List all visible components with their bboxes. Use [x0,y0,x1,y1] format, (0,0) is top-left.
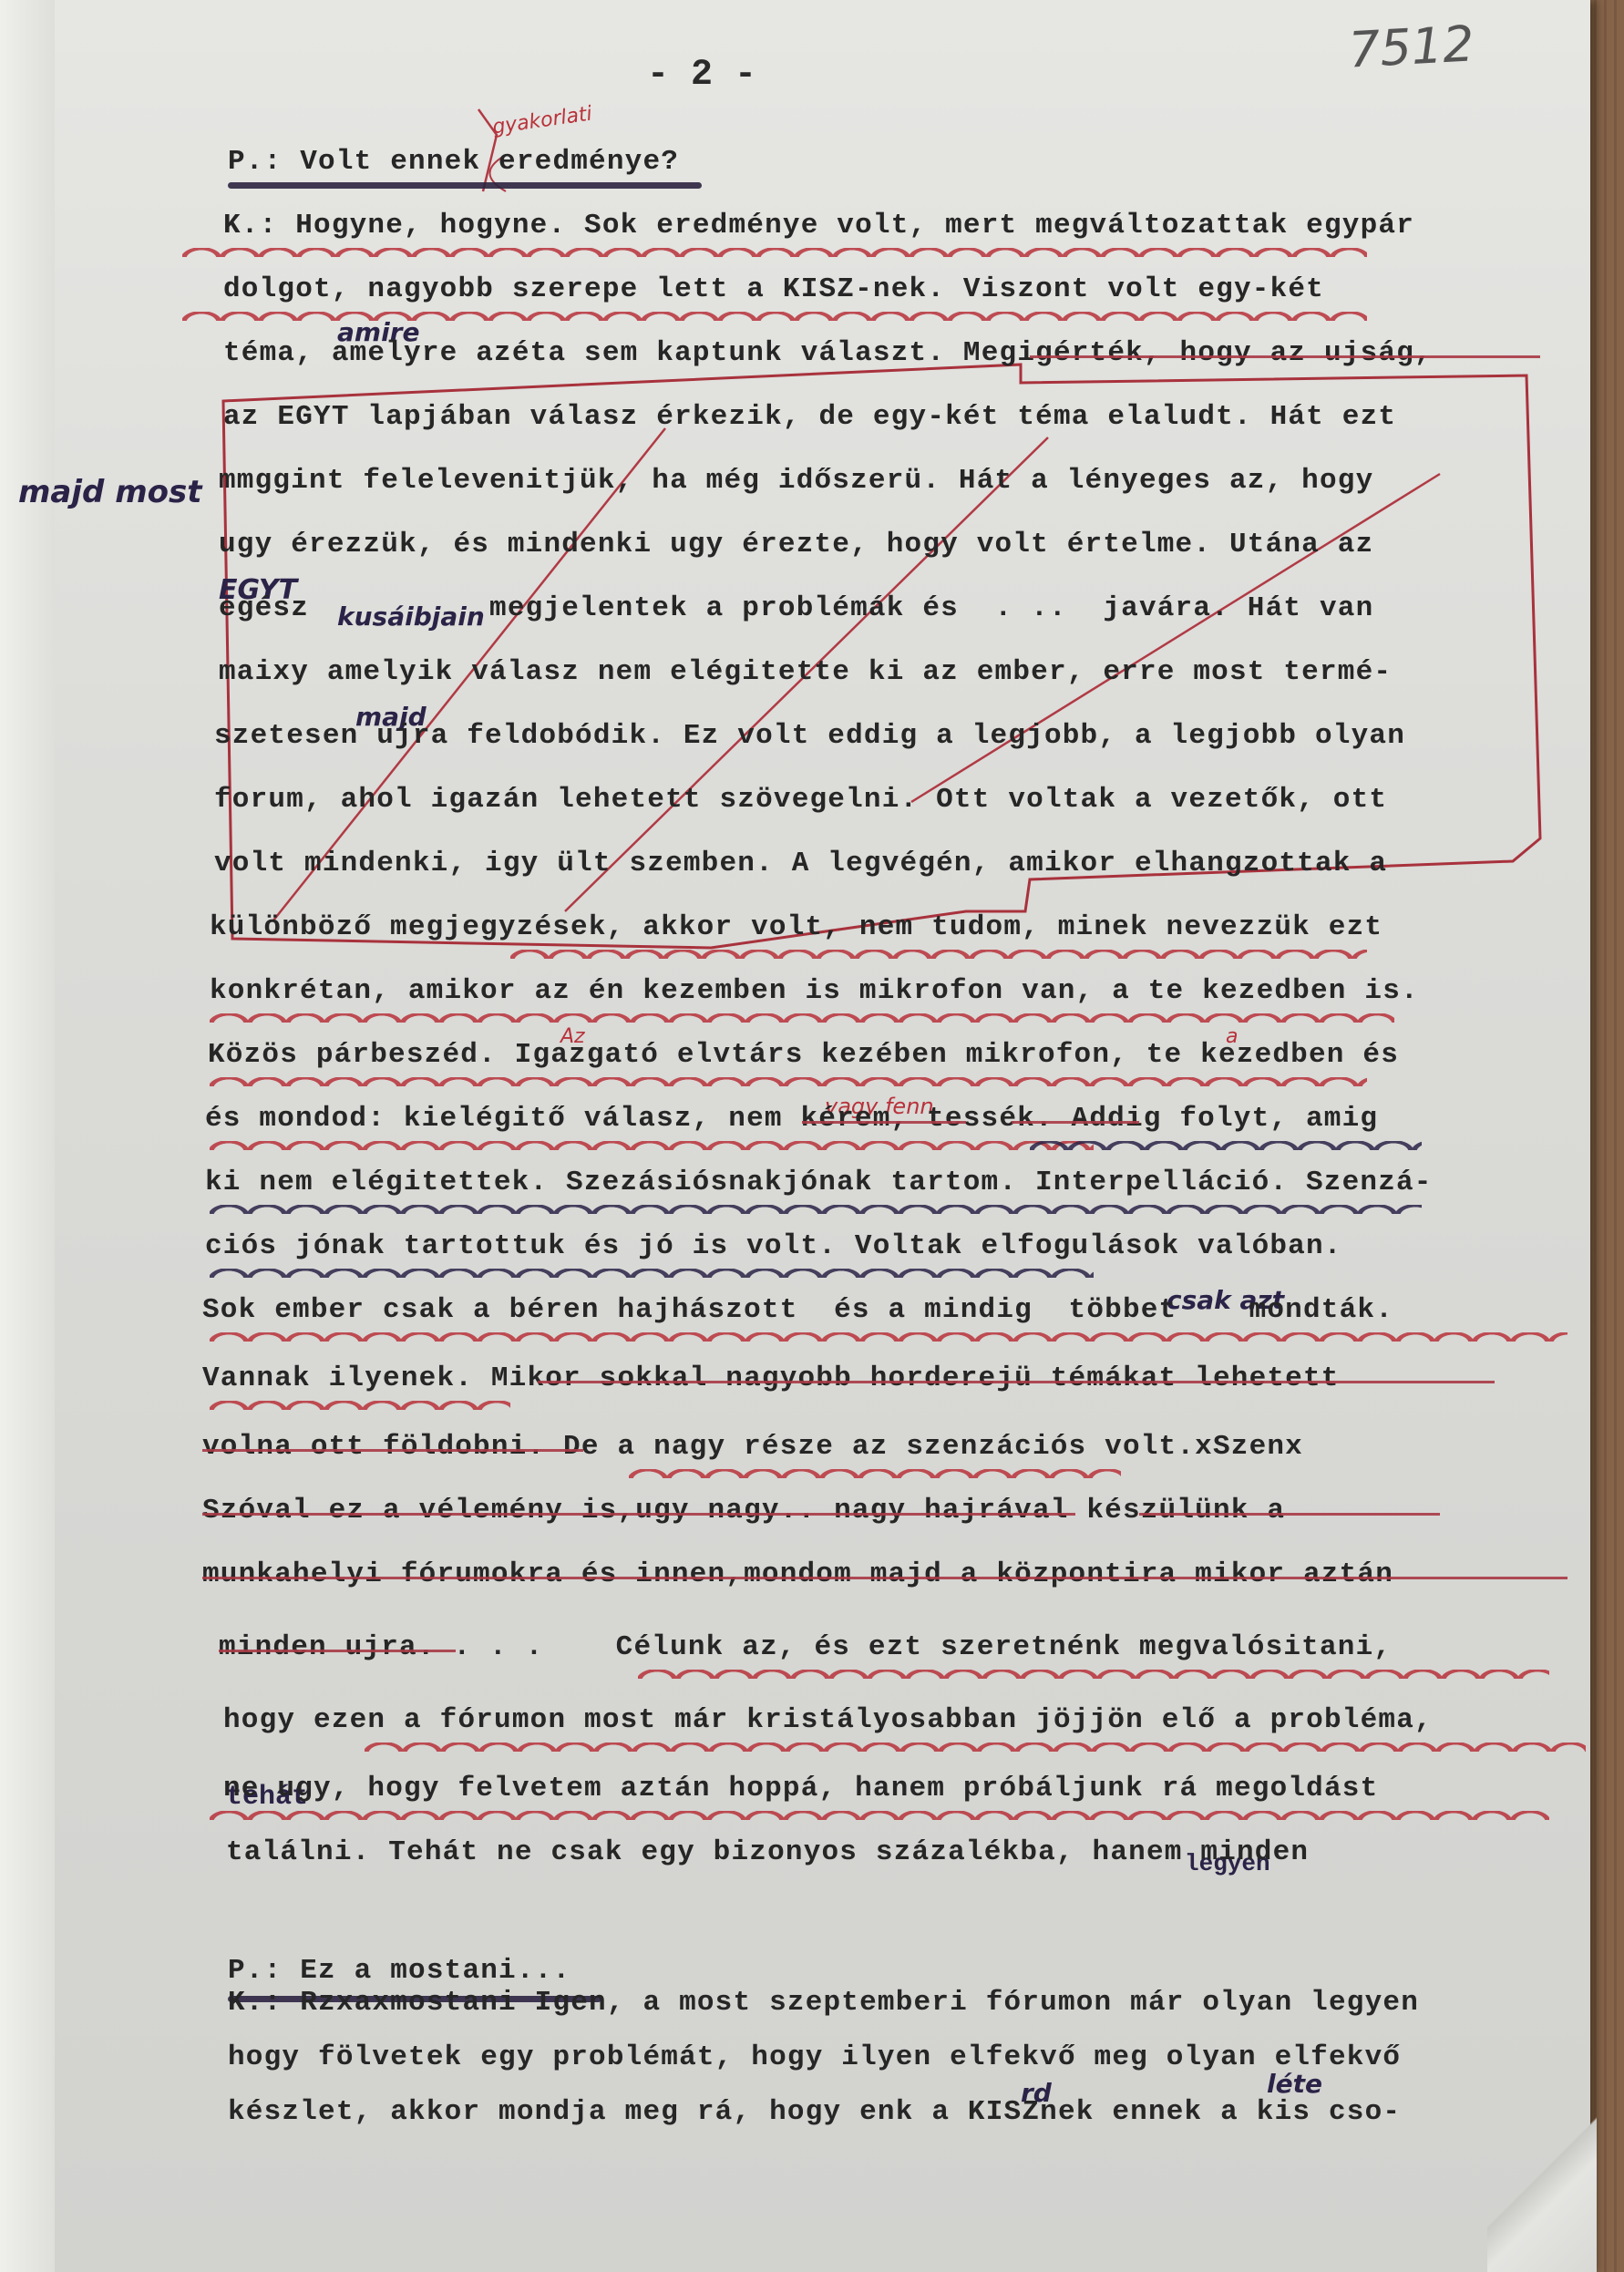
pen-wavy-underline [210,1141,1094,1150]
pen-wavy-underline [510,950,1367,959]
typed-line: és mondod: kielégitő válasz, nem kérem, … [205,1103,1378,1135]
typed-line: maixy amelyik válasz nem elégitette ki a… [219,656,1392,688]
pen-strikethrough [1012,1121,1139,1124]
typed-line: Közös párbeszéd. Igazgató elvtárs kezébe… [208,1039,1399,1071]
typed-line: Szóval ez a vélemény is,ugy nagy.. nagy … [202,1495,1285,1527]
typed-line: ne ugy, hogy felvetem aztán hoppá, hanem… [223,1773,1378,1804]
typed-line: készlet, akkor mondja meg rá, hogy enk a… [228,2096,1401,2128]
typed-line: dolgot, nagyobb szerepe lett a KISZ-nek.… [223,273,1324,305]
pen-strikethrough [202,1577,1567,1579]
typed-line: forum, ahol igazán lehetett szövegelni. … [214,784,1387,816]
typed-line: volt mindenki, igy ült szemben. A legvég… [214,848,1387,879]
typed-line: munkahelyi fórumokra és innen,mondom maj… [202,1558,1393,1590]
pen-wavy-underline [638,1670,1549,1679]
typed-line: P.: Volt ennek eredménye? [228,146,679,178]
pen-wavy-underline [210,1077,1367,1086]
typed-line: hogy ezen a fórumon most már kristályosa… [223,1704,1433,1736]
typed-line: hogy fölvetek egy problémát, hogy ilyen … [228,2041,1401,2073]
margin-note-majd-most: majd most [18,474,201,510]
pen-strikethrough [802,1121,966,1124]
pen-wavy-underline [182,248,1367,257]
typed-line: volna ott földobni. De a nagy része az s… [202,1431,1303,1463]
pen-wavy-underline [210,1401,510,1410]
page-edge-shading [0,0,55,2272]
pen-wavy-underline [210,1269,1094,1278]
typed-line: különböző megjegyzések, akkor volt, nem … [210,911,1382,943]
typed-line: szetesen ujra feldobódik. Ez volt eddig … [214,720,1405,752]
question-underline [228,182,702,189]
pen-wavy-underline [210,1205,1422,1214]
pen-wavy-underline [210,1332,1567,1342]
typed-line: minden ujra. . . . Célunk az, és ezt sze… [219,1631,1392,1663]
pen-strikethrough [219,1650,456,1652]
pen-wavy-underline [210,1013,1394,1023]
typed-line: egész megjelentek a problémák és . .. ja… [219,592,1373,624]
typed-line: ugy érezzük, és mindenki ugy érezte, hog… [219,529,1373,560]
typed-line: találni. Tehát ne csak egy bizonyos száz… [226,1836,1309,1868]
typed-line: mmggint felelevenitjük, ha még időszerü.… [219,465,1373,497]
page-number: - 2 - [647,55,756,96]
typed-line: K.: Rzxaxmostani Igen, a most szeptember… [228,1987,1419,2019]
typed-line: Vannak ilyenek. Mikor sokkal nagyobb hor… [202,1362,1340,1394]
pen-strikethrough [202,1513,1075,1516]
pen-strikethrough [538,1381,1495,1383]
typed-line: az EGYT lapjában válasz érkezik, de egy-… [223,401,1396,433]
pen-wavy-underline [210,1811,1549,1820]
pen-wavy-underline [629,1469,1121,1478]
pen-strikethrough [202,1449,583,1452]
typed-line: ki nem elégitettek. Szezásiósnakjónak ta… [205,1167,1433,1198]
typed-line: ciós jónak tartottuk és jó is volt. Volt… [205,1230,1342,1262]
pen-strikethrough [1030,355,1540,358]
typed-line: konkrétan, amikor az én kezemben is mikr… [210,975,1419,1007]
pen-wavy-underline [1030,1141,1422,1150]
typed-line: Sok ember csak a béren hajhászott és a m… [202,1294,1393,1326]
page-stack-corner [1487,2099,1597,2272]
pen-strikethrough [1139,1513,1440,1516]
typed-line: P.: Ez a mostani... [228,1955,570,1987]
pen-wavy-underline [182,312,1367,321]
typed-line: K.: Hogyne, hogyne. Sok eredménye volt, … [223,210,1414,242]
archive-number: 7512 [1347,15,1475,78]
pen-wavy-underline [365,1743,1586,1752]
typed-line: téma, amelyre azéta sem kaptunk választ.… [223,337,1433,369]
